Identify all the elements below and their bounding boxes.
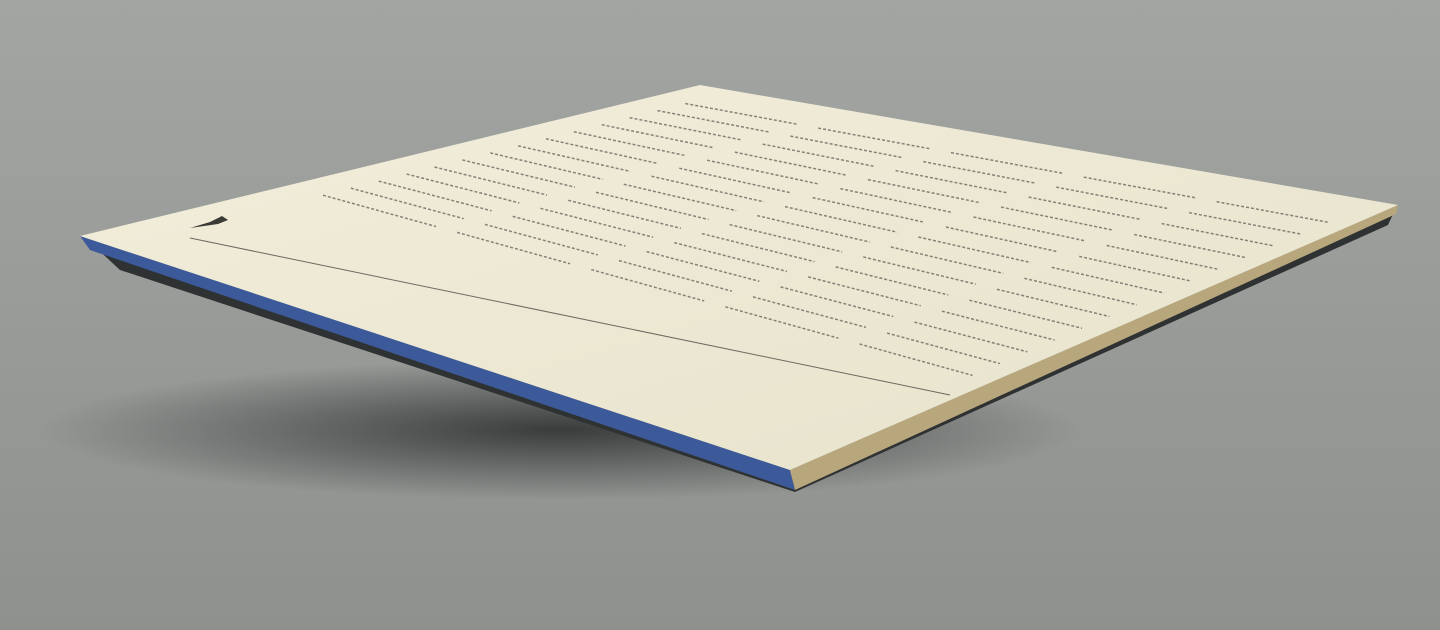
photo-scene <box>0 0 1440 630</box>
